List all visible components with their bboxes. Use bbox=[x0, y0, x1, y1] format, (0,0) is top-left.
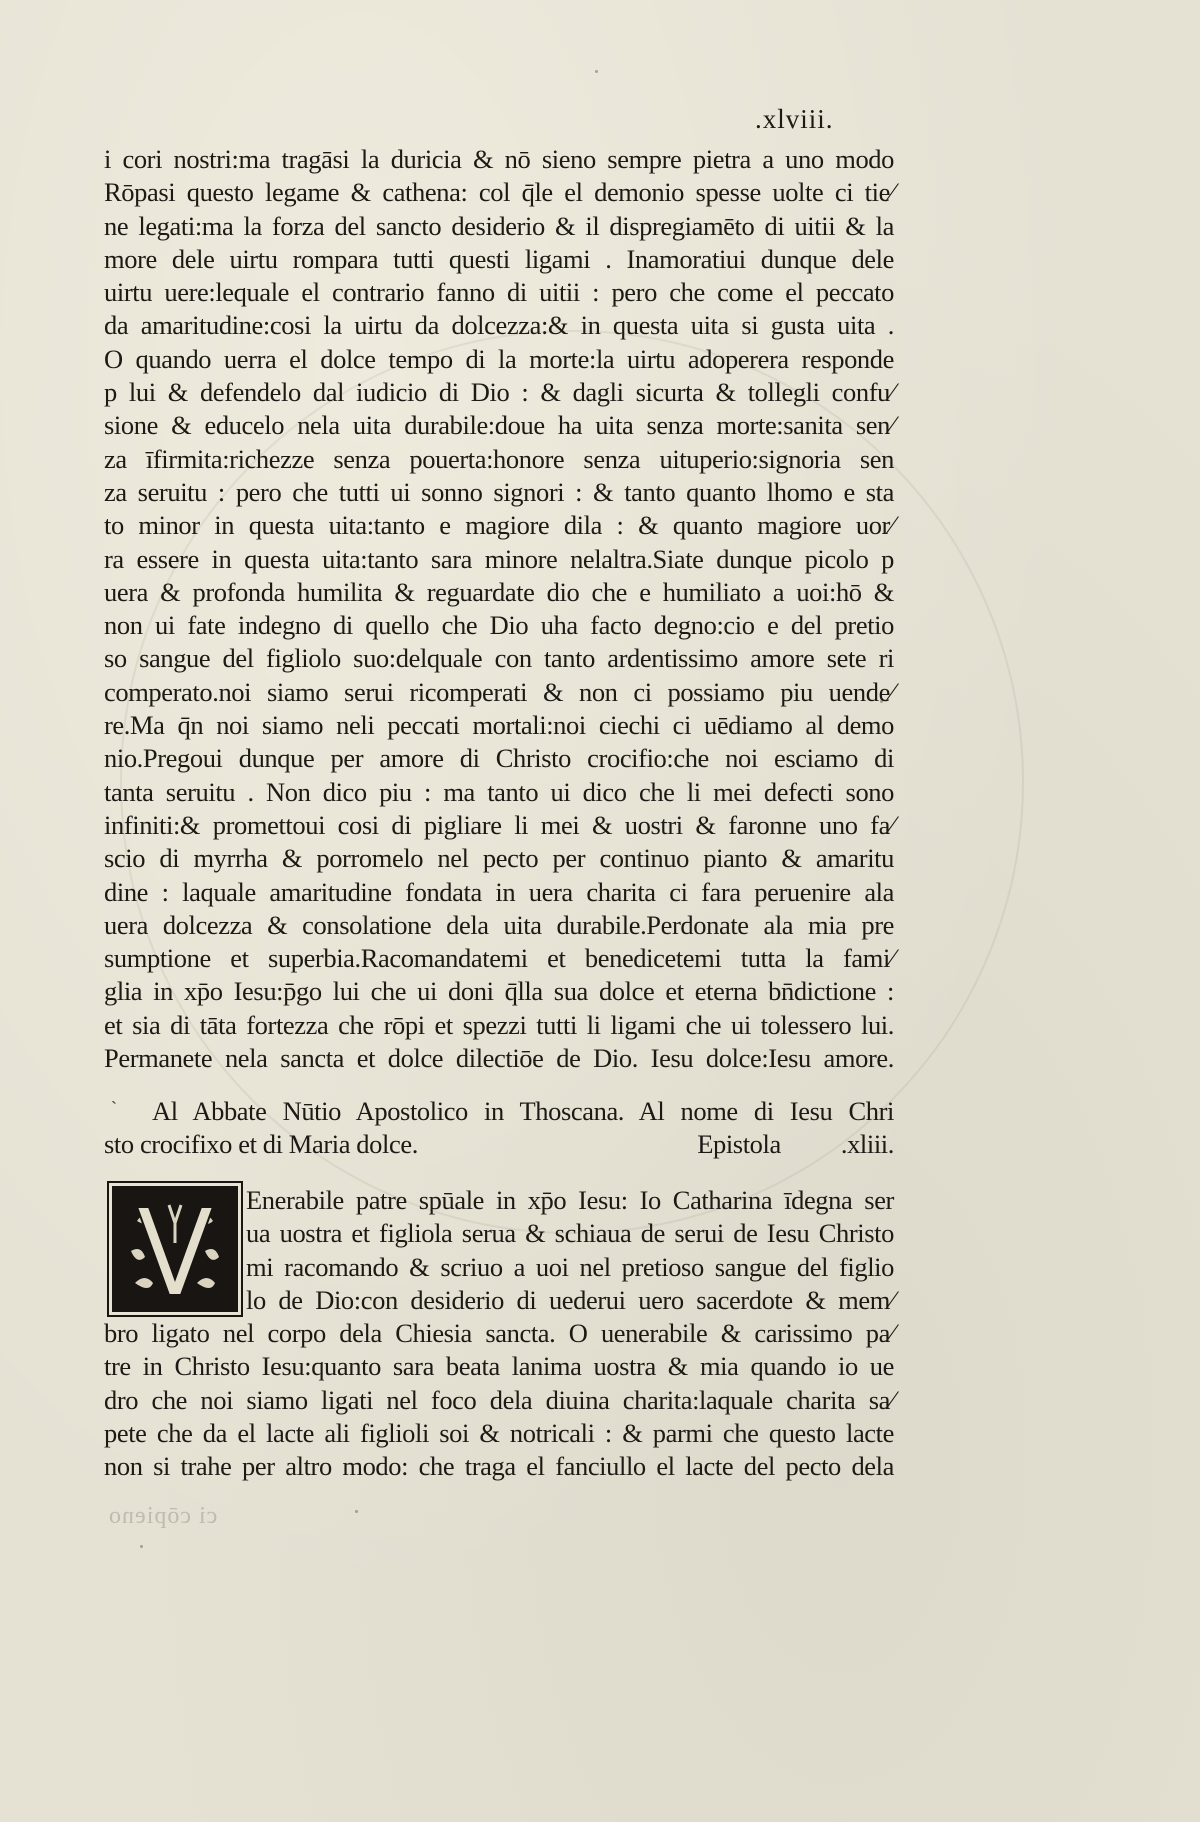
folio-number: .xlviii. bbox=[755, 104, 834, 135]
text-line: tre in Christo Iesu:quanto sara beata la… bbox=[104, 1350, 894, 1383]
text-line: sumptione et superbia.Racomandatemi et b… bbox=[104, 942, 894, 975]
text-line: uirtu uere:lequale el contrario fanno di… bbox=[104, 276, 894, 309]
text-line: comperato.noi siamo serui ricomperati & … bbox=[104, 676, 894, 709]
text-line: ne legati:ma la forza del sancto desider… bbox=[104, 210, 894, 243]
text-line: ra essere in questa uita:tanto sara mino… bbox=[104, 543, 894, 576]
text-line: za seruitu : pero che tutti ui sonno sig… bbox=[104, 476, 894, 509]
book-page: .xlviii. i cori nostri:ma tragāsi la dur… bbox=[0, 0, 1200, 1822]
text-line: glia in xp̄o Iesu:p̄go lui che ui doni q… bbox=[104, 975, 894, 1008]
text-line: bro ligato nel corpo dela Chiesia sancta… bbox=[104, 1317, 894, 1350]
text-line: et sia di tāta fortezza che rōpi et spez… bbox=[104, 1009, 894, 1042]
paper-speck bbox=[355, 1510, 358, 1513]
text-line: Rōpasi questo legame & cathena: col q̄le… bbox=[104, 176, 894, 209]
text-line: da amaritudine:cosi la uirtu da dolcezza… bbox=[104, 309, 894, 342]
epistle-heading: Al Abbate Nūtio Apostolico in Thoscana. … bbox=[104, 1095, 894, 1161]
text-line: dro che noi siamo ligati nel foco dela d… bbox=[104, 1384, 894, 1417]
text-line: non si trahe per altro modo: che traga e… bbox=[104, 1450, 894, 1483]
text-line: dine : laquale amaritudine fondata in ue… bbox=[104, 876, 894, 909]
heading-text: sto crocifixo et di Maria dolce. bbox=[104, 1128, 418, 1161]
text-line: infiniti:& promettoui cosi di pigliare l… bbox=[104, 809, 894, 842]
text-line: za īfirmita:richezze senza pouerta:honor… bbox=[104, 443, 894, 476]
heading-line: sto crocifixo et di Maria dolce. Epistol… bbox=[104, 1128, 894, 1161]
text-line: Permanete nela sancta et dolce dilectiōe… bbox=[104, 1042, 894, 1075]
epistle-label-group: Epistola .xliii. bbox=[697, 1128, 894, 1161]
heading-line: Al Abbate Nūtio Apostolico in Thoscana. … bbox=[104, 1095, 894, 1128]
epistle-label: Epistola bbox=[697, 1128, 781, 1161]
text-line: more dele uirtu rompara tutti questi lig… bbox=[104, 243, 894, 276]
paper-speck bbox=[595, 70, 598, 73]
letter-text: Enerabile patre spūale in xp̄o Iesu: Io … bbox=[104, 1184, 894, 1484]
paper-speck bbox=[140, 1545, 143, 1548]
text-line: scio di myrrha & porromelo nel pecto per… bbox=[104, 842, 894, 875]
text-line: re.Ma q̄n noi siamo neli peccati mortali… bbox=[104, 709, 894, 742]
text-line: uera & profonda humilita & reguardate di… bbox=[104, 576, 894, 609]
text-line: uera dolcezza & consolatione dela uita d… bbox=[104, 909, 894, 942]
show-through-text: ci cōpieno bbox=[108, 1503, 217, 1530]
text-line: p lui & defendelo dal iudicio di Dio : &… bbox=[104, 376, 894, 409]
epistle-number: .xliii. bbox=[841, 1128, 894, 1161]
text-line: to minor in questa uita:tanto e magiore … bbox=[104, 509, 894, 542]
text-line: i cori nostri:ma tragāsi la duricia & nō… bbox=[104, 143, 894, 176]
text-line: pete che da el lacte ali figlioli soi & … bbox=[104, 1417, 894, 1450]
text-line: nio.Pregoui dunque per amore di Christo … bbox=[104, 742, 894, 775]
text-line: non ui fate indegno di quello che Dio uh… bbox=[104, 609, 894, 642]
floral-ornament-icon bbox=[117, 1191, 233, 1307]
text-line: so sangue del figliolo suo:delquale con … bbox=[104, 642, 894, 675]
text-line: tanta seruitu . Non dico piu : ma tanto … bbox=[104, 776, 894, 809]
decorated-initial-v bbox=[112, 1186, 238, 1312]
text-line: sione & educelo nela uita durabile:doue … bbox=[104, 409, 894, 442]
text-line: O quando uerra el dolce tempo di la mort… bbox=[104, 343, 894, 376]
body-text: i cori nostri:ma tragāsi la duricia & nō… bbox=[104, 143, 894, 1075]
